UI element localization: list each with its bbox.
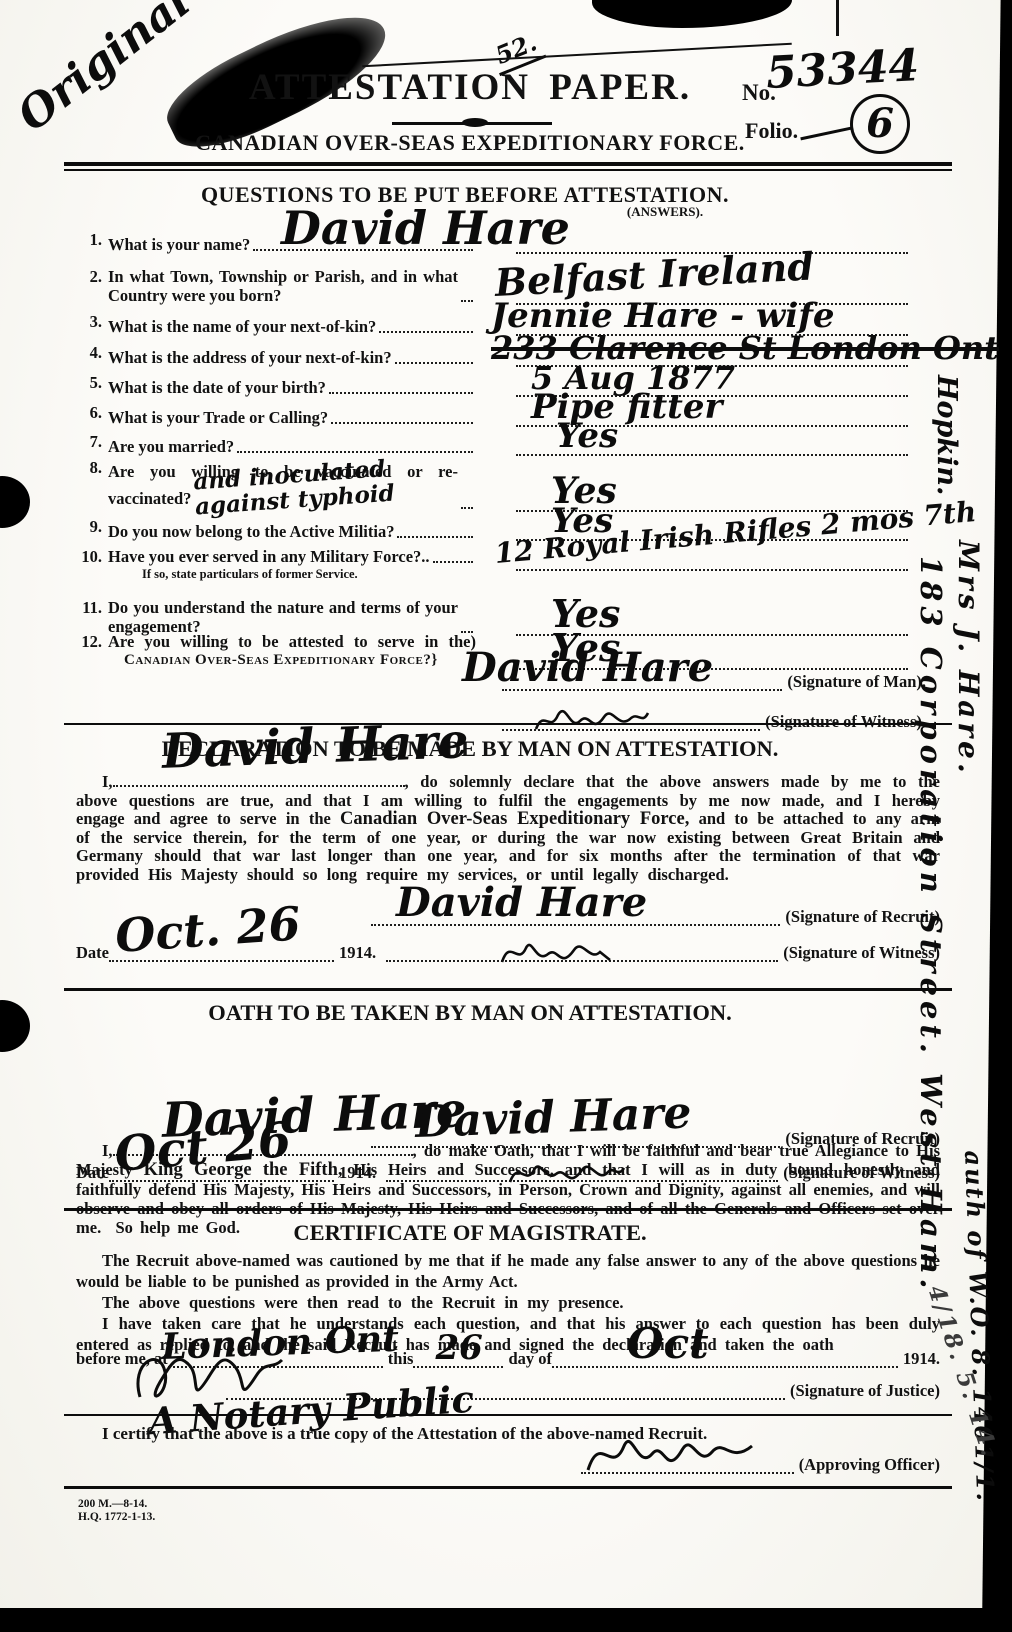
declaration-lead-in: I, bbox=[102, 772, 113, 791]
declaration-name-handwriting: David Hare bbox=[136, 732, 469, 762]
question-number: 11. bbox=[76, 598, 108, 617]
recruit-signature-handwriting: David Hare bbox=[396, 883, 647, 923]
print-code-line-1: 200 M.—8-14. bbox=[78, 1498, 147, 1510]
question-text: What is the name of your next-of-kin? bbox=[108, 317, 476, 336]
question-subnote: If so, state particulars of former Servi… bbox=[142, 566, 510, 582]
signature-line: David Hare bbox=[502, 667, 782, 691]
dotted-leader bbox=[461, 300, 473, 302]
header-rule-thick bbox=[64, 162, 952, 166]
month-handwriting: Oct bbox=[627, 1323, 709, 1365]
oath-heading: OATH TO BE TAKEN BY MAN ON ATTESTATION. bbox=[110, 1000, 830, 1026]
pen-stroke-line bbox=[362, 43, 792, 68]
page-subtitle: CANADIAN OVER-SEAS EXPEDITIONARY FORCE. bbox=[110, 130, 830, 156]
dotted-leader bbox=[329, 392, 473, 394]
top-edge-tear-mark bbox=[592, 0, 792, 28]
witness-signature-squiggle bbox=[496, 932, 616, 972]
question-number: 9. bbox=[76, 517, 108, 536]
day-line: 26 bbox=[413, 1344, 503, 1368]
question-row-8: 8. Are you willing to be vaccinated or r… bbox=[76, 458, 926, 512]
date-label: Date bbox=[76, 1163, 109, 1182]
question-text-smallcaps: Canadian Over-Seas Expeditionary Force?} bbox=[124, 651, 476, 670]
margin-nok-name-handwriting: Mrs J. Hare. bbox=[952, 540, 985, 777]
oath-date-row: Date Oct 26 1914. (Signature of Witness) bbox=[76, 1158, 940, 1182]
signature-line bbox=[502, 707, 760, 731]
question-row-6: 6. What is your Trade or Calling? Pipe f… bbox=[76, 403, 926, 427]
certificate-heading: CERTIFICATE OF MAGISTRATE. bbox=[110, 1220, 830, 1246]
attestation-paper-scan: Original 52. ATTESTATION PAPER. No. 5334… bbox=[0, 0, 1012, 1632]
signature-line bbox=[581, 1450, 794, 1474]
question-text: Are you married? bbox=[108, 437, 476, 456]
witness-signature-squiggle bbox=[532, 701, 652, 737]
answer-line: Yes bbox=[516, 432, 908, 456]
margin-nok-address-handwriting: 183 Corporation Street. West Ham. bbox=[914, 556, 948, 1294]
approving-officer-label: (Approving Officer) bbox=[799, 1455, 940, 1474]
dotted-leader bbox=[379, 331, 473, 333]
questions-list: 1. What is your name? David Hare 2. In w… bbox=[76, 230, 926, 731]
question-row-5: 5. What is the date of your birth? 5 Aug… bbox=[76, 373, 926, 397]
dotted-leader bbox=[331, 422, 473, 424]
answer-handwriting: Belfast Ireland bbox=[494, 247, 815, 302]
answer-handwriting: Yes bbox=[556, 419, 618, 453]
question-row-11: 11. Do you understand the nature and ter… bbox=[76, 598, 926, 636]
question-number: 10. bbox=[76, 547, 108, 566]
man-signature-handwriting: David Hare bbox=[462, 648, 713, 688]
declaration-paragraph: David Hare I,, do solemnly declare that … bbox=[76, 772, 940, 885]
page-title: ATTESTATION PAPER. bbox=[110, 66, 830, 109]
question-row-7: 7. Are you married? Yes bbox=[76, 432, 926, 456]
answer-handwriting: Jennie Hare - wife bbox=[491, 299, 834, 333]
question-text: Are you willing to be vaccinated or re-v… bbox=[108, 458, 476, 512]
dotted-leader bbox=[461, 507, 473, 509]
date-label: Date bbox=[76, 943, 109, 962]
scan-bottom-edge bbox=[0, 1608, 1012, 1632]
date-line: Oct. 26 bbox=[109, 938, 334, 962]
final-rule bbox=[64, 1486, 952, 1489]
date-handwriting: Oct 26 bbox=[113, 1116, 293, 1179]
question-number: 12. bbox=[76, 632, 108, 651]
question-text: Do you now belong to the Active Militia? bbox=[108, 522, 476, 541]
signature-of-man-label: (Signature of Man). bbox=[787, 672, 926, 691]
question-text: What is the date of your birth? bbox=[108, 378, 476, 397]
approving-officer-row: (Approving Officer) bbox=[76, 1450, 940, 1474]
dotted-leader bbox=[433, 561, 473, 563]
dotted-leader bbox=[237, 451, 473, 453]
question-number: 2. bbox=[76, 267, 108, 286]
question-row-10: 10. Have you ever served in any Military… bbox=[76, 547, 926, 582]
signature-of-justice-label: (Signature of Justice) bbox=[790, 1381, 940, 1400]
pen-tick-mark bbox=[836, 0, 839, 36]
section-rule bbox=[64, 1208, 952, 1211]
question-text: In what Town, Township or Parish, and in… bbox=[108, 267, 476, 305]
question-number: 5. bbox=[76, 373, 108, 392]
question-text: What is the address of your next-of-kin? bbox=[108, 348, 476, 367]
question-text: What is your Trade or Calling? bbox=[108, 408, 476, 427]
date-line: Oct 26 bbox=[109, 1158, 334, 1182]
no-value-handwriting: 53344 bbox=[765, 40, 921, 99]
question-number: 4. bbox=[76, 343, 108, 362]
signature-line: David Hare bbox=[371, 902, 780, 926]
certificate-para-2: The above questions were then read to th… bbox=[76, 1292, 940, 1313]
margin-witness-name-handwriting: Hopkin. bbox=[931, 375, 962, 495]
answer-handwriting: David Hare bbox=[281, 205, 570, 251]
signature-line: David Hare bbox=[371, 1124, 780, 1148]
print-code-line-2: H.Q. 1772-1-13. bbox=[78, 1511, 155, 1523]
section-rule bbox=[64, 988, 952, 991]
question-number: 7. bbox=[76, 432, 108, 451]
certificate-para-1: The Recruit above-named was cautioned by… bbox=[76, 1250, 940, 1292]
signature-of-man-row: David Hare (Signature of Man). bbox=[76, 667, 926, 691]
declaration-force-name: Canadian Over-Seas Expeditionary Force, bbox=[340, 809, 689, 829]
question-text: Are you willing to be attested to serve … bbox=[108, 632, 476, 670]
year-label: 1914. bbox=[339, 943, 376, 962]
day-handwriting: 26 bbox=[435, 1331, 482, 1365]
year-label: 1914. bbox=[903, 1349, 940, 1368]
question-number: 3. bbox=[76, 312, 108, 331]
signature-line bbox=[386, 938, 778, 962]
folio-value-handwriting: 6 bbox=[850, 94, 910, 154]
dotted-leader bbox=[395, 362, 473, 364]
question-text: Have you ever served in any Military For… bbox=[108, 547, 476, 582]
signature-line bbox=[386, 1158, 778, 1182]
declaration-date-row: Date Oct. 26 1914. (Signature of Witness… bbox=[76, 938, 940, 962]
answer-line: 12 Royal Irish Rifles 2 mos 7th bbox=[516, 547, 908, 571]
question-number: 8. bbox=[76, 458, 108, 477]
question-number: 1. bbox=[76, 230, 108, 249]
signature-of-witness-label: (Signature of Witness). bbox=[765, 712, 926, 731]
day-of-label: day of bbox=[508, 1349, 552, 1368]
question-text: Do you understand the nature and terms o… bbox=[108, 598, 476, 636]
header-rule-thin bbox=[64, 169, 952, 171]
recruit-signature-handwriting: David Hare bbox=[414, 1091, 692, 1145]
month-line: Oct bbox=[552, 1344, 898, 1368]
title-divider-diamond bbox=[462, 118, 488, 127]
question-row-4: 4. What is the address of your next-of-k… bbox=[76, 343, 926, 367]
dotted-leader bbox=[397, 536, 473, 538]
answers-label: (ANSWERS). bbox=[565, 204, 765, 220]
punch-hole-bottom bbox=[0, 1000, 30, 1052]
witness-signature-squiggle bbox=[506, 1152, 626, 1192]
date-handwriting: Oct. 26 bbox=[114, 900, 302, 959]
question-number: 6. bbox=[76, 403, 108, 422]
year-label: 1914. bbox=[339, 1163, 376, 1182]
punch-hole-top bbox=[0, 476, 30, 528]
